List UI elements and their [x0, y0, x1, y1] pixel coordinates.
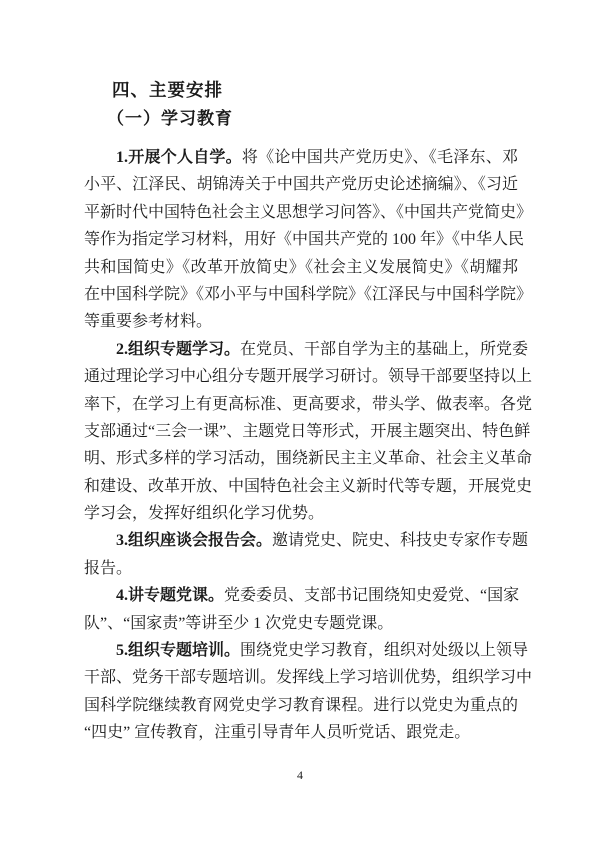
paragraph-2-line-6: 和建设、改革开放、中国特色社会主义新时代等专题，开展党史 — [84, 473, 518, 500]
paragraph-1-line-6: 在中国科学院》《邓小平与中国科学院》《江泽民与中国科学院》 — [84, 281, 518, 308]
page-number: 4 — [0, 767, 600, 783]
paragraph-2-line-1: 2.组织专题学习。在党员、干部自学为主的基础上，所党委 — [84, 336, 518, 363]
paragraph-5-text: 围绕党史学习教育，组织对处级以上领导 — [240, 642, 528, 659]
paragraph-4-lead: 4.讲专题党课。 — [116, 587, 224, 604]
paragraph-4-line-2: 队”、“国家责”等讲至少 1 次党史专题党课。 — [84, 610, 518, 637]
document-page: 四、主要安排 （一）学习教育 1.开展个人自学。将《论中国共产党历史》、《毛泽东… — [0, 0, 600, 848]
paragraph-3-lead: 3.组织座谈会报告会。 — [116, 532, 272, 549]
paragraph-2-line-2: 通过理论学习中心组分专题开展学习研讨。领导干部要坚持以上 — [84, 363, 518, 390]
paragraph-2-line-3: 率下，在学习上有更高标准、更高要求，带头学、做表率。各党 — [84, 391, 518, 418]
paragraph-1-text: 将《论中国共产党历史》、《毛泽东、邓 — [242, 149, 518, 166]
paragraph-3-text: 邀请党史、院史、科技史专家作专题 — [272, 532, 528, 549]
paragraph-2-line-7: 学习会，发挥好组织化学习优势。 — [84, 500, 518, 527]
section-heading: 四、主要安排 — [84, 76, 518, 104]
paragraph-5-lead: 5.组织专题培训。 — [116, 642, 240, 659]
paragraph-1-line-3: 平新时代中国特色社会主义思想学习问答》、《中国共产党简史》 — [84, 199, 518, 226]
paragraph-2-line-4: 支部通过“三会一课”、主题党日等形式，开展主题突出、特色鲜 — [84, 418, 518, 445]
paragraph-5-line-4: “四史” 宣传教育，注重引导青年人员听党话、跟党走。 — [84, 719, 518, 746]
paragraph-1-line-1: 1.开展个人自学。将《论中国共产党历史》、《毛泽东、邓 — [84, 144, 518, 171]
paragraph-1-lead: 1.开展个人自学。 — [116, 149, 242, 166]
paragraph-2-lead: 2.组织专题学习。 — [116, 341, 240, 358]
paragraph-3-line-2: 报告。 — [84, 555, 518, 582]
paragraph-1-line-2: 小平、江泽民、胡锦涛关于中国共产党历史论述摘编》、《习近 — [84, 171, 518, 198]
paragraph-1-line-7: 等重要参考材料。 — [84, 308, 518, 335]
paragraph-5-line-1: 5.组织专题培训。围绕党史学习教育，组织对处级以上领导 — [84, 637, 518, 664]
document-content: 四、主要安排 （一）学习教育 1.开展个人自学。将《论中国共产党历史》、《毛泽东… — [84, 76, 518, 747]
paragraph-2-line-5: 明、形式多样的学习活动，围绕新民主主义革命、社会主义革命 — [84, 445, 518, 472]
subsection-heading: （一）学习教育 — [84, 105, 518, 133]
paragraph-3-line-1: 3.组织座谈会报告会。邀请党史、院史、科技史专家作专题 — [84, 527, 518, 554]
paragraph-1-line-5: 共和国简史》《改革开放简史》《社会主义发展简史》《胡耀邦 — [84, 254, 518, 281]
paragraph-4-line-1: 4.讲专题党课。党委委员、支部书记围绕知史爱党、“国家 — [84, 582, 518, 609]
paragraph-2-text: 在党员、干部自学为主的基础上，所党委 — [240, 341, 528, 358]
paragraph-4-text: 党委委员、支部书记围绕知史爱党、“国家 — [224, 587, 519, 604]
paragraph-5-line-3: 国科学院继续教育网党史学习教育课程。进行以党史为重点的 — [84, 692, 518, 719]
paragraph-1-line-4: 等作为指定学习材料，用好《中国共产党的 100 年》《中华人民 — [84, 226, 518, 253]
paragraph-5-line-2: 干部、党务干部专题培训。发挥线上学习培训优势，组织学习中 — [84, 664, 518, 691]
